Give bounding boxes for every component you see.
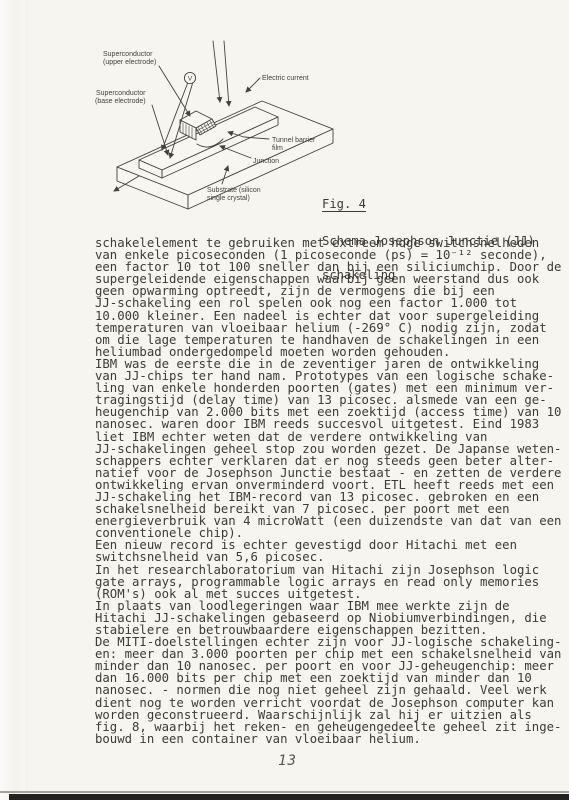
label-superconductor-base: Superconductor — [96, 90, 146, 97]
body-text-line: JJ-schakelingen geheel stop zou worden g… — [95, 443, 561, 455]
figure-caption-title: Fig. 4 — [322, 199, 366, 212]
label-electric-current: Electric current — [262, 75, 309, 82]
body-text-line: gate arrays, programmable logic arrays e… — [95, 576, 561, 588]
label-superconductor-upper: (upper electrode) — [103, 59, 156, 66]
body-text-line: (ROM's) ook al met succes uitgetest. — [95, 588, 561, 600]
circuit-wire — [213, 41, 220, 102]
body-text-line: schappers echter verklaren dat er nog st… — [95, 455, 561, 467]
label-junction: Junction — [253, 158, 279, 165]
body-text: schakelelement te gebruiken met extreem … — [95, 237, 561, 745]
body-text-line: temperaturen van vloeibaar helium (-269°… — [95, 322, 561, 334]
label-superconductor-base: (base electrode) — [95, 98, 146, 105]
scanned-document-page: V Superconductor (upper electrode) Super… — [0, 0, 569, 800]
label-substrate: single crystal) — [207, 195, 250, 202]
body-text-line: bouwd in een container van vloeibaar hel… — [95, 733, 561, 745]
label-substrate: Substrate (silicon — [207, 187, 261, 194]
voltmeter-label: V — [188, 76, 193, 83]
body-text-line: In het researchlaboratorium van Hitachi … — [95, 564, 561, 576]
body-text-line: JJ-schakeling een rol spelen ook nog een… — [95, 297, 561, 309]
body-text-line: worden geconstrueerd. Waarschijnlijk zal… — [95, 709, 561, 721]
body-text-line: nanosec. - normen die nog niet geheel zi… — [95, 684, 561, 696]
label-tunnel-barrier: film — [272, 145, 283, 152]
label-tunnel-barrier: Tunnel barrier — [272, 137, 316, 144]
leader-upper-electrode — [159, 66, 190, 116]
circuit-wire — [224, 41, 229, 106]
body-text-line: switchsnelheid van 5,6 picosec. — [95, 551, 561, 563]
body-text-line: 10.000 kleiner. Een nadeel is echter dat… — [95, 310, 561, 322]
body-text-line: nanosec. waren door IBM reeds succesvol … — [95, 418, 561, 430]
page-number: 13 — [0, 753, 569, 769]
leader-electric-current — [246, 78, 260, 92]
label-superconductor-upper: Superconductor — [103, 51, 153, 58]
scan-edge-bar — [9, 794, 569, 800]
body-text-line: dient nog te worden verricht voordat de … — [95, 697, 561, 709]
body-text-line: liet IBM echter weten dat de verdere ont… — [95, 431, 561, 443]
